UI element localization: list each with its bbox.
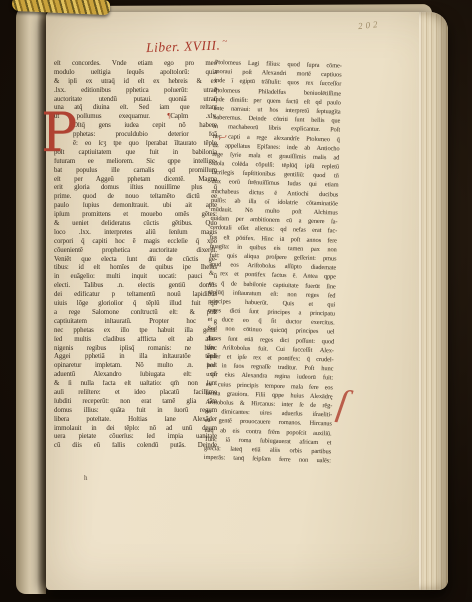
text-line: Aggei pphetiā in illa inſtauratōe tēpli <box>54 353 217 362</box>
text-line: corpori q̄ capiti hoc ē magis eccleſie q… <box>54 238 217 247</box>
text-line: aduentū Alexandro ſubiugata eſt: qn̄ <box>54 371 217 380</box>
text-line: opinaretur impletam. Nō multo .n. poſt <box>54 362 217 371</box>
text-line: modulo ueſtigia ſequēs apoſtolorū: quia <box>54 69 217 78</box>
book-page: 202 Liber. XVIII.~ eſt concordes. Vnde e… <box>46 12 448 590</box>
facing-page-edge <box>16 4 46 594</box>
text-line: ē: eo ſcʒ tpe quo ſperabat īſtaurato tēp… <box>54 140 217 149</box>
folio-number: 202 <box>358 19 381 31</box>
text-line: futuram ee meliorem. Sic qppe intellige- <box>54 158 217 167</box>
text-line: a rege Salomone conſtructū eſt: & poſt <box>54 309 217 318</box>
text-line: auſi reſiſtere: et ideo placatū facillim… <box>54 389 217 398</box>
text-line: & ueniet deſideratus cūctis gētibus. Quo <box>54 220 217 229</box>
text-line: electi. Talibus .n. electis gentiū domus <box>54 282 217 291</box>
text-line: ipſum promittens et mouebo omēs gētes: <box>54 211 217 220</box>
quire-signature: h <box>84 474 88 482</box>
rubric-flourish-small: ~ <box>222 36 228 46</box>
text-line: tibus: id eſt homīes de quibus ipe Iheſu… <box>54 264 217 273</box>
text-line: uera pietate cōuerſus: ſed impia uanitat… <box>54 433 217 442</box>
text-line: nec pphetas ex illo tpe habuit illa gens… <box>54 327 217 336</box>
text-line: Veniēt que electa ſunt dn̄i de cūctis gē… <box>54 256 217 265</box>
text-line: .lxx. editionibus pphetica poſuerūt: utr… <box>54 87 217 96</box>
text-line: prime. quod de nouo teſtamēto dictū ee <box>54 193 217 202</box>
fore-edge-pages <box>419 12 448 590</box>
text-line: & ſi nulla facta eſt uaſtatio: qm̄ non ſ… <box>54 380 217 389</box>
text-line: Oſtq̄ gens iudea cepit nō habere <box>54 122 217 131</box>
text-line: nigenis regibus ipſisq̄ romanis: ne hanc <box>54 345 217 354</box>
text-line: immolauit in dei tēplo: nō ad unū deum <box>54 425 217 434</box>
text-line: & ipſi ex utraq̄ id eſt ex hebreis & ex <box>54 78 217 87</box>
text-line: erit gloria domus iſtius nouiſſime plus … <box>54 184 217 193</box>
text-line: bat populus ille carnalis qd promiſſum <box>54 167 217 176</box>
text-line: ut poſſumus exequamur. ¶Caplm .xlv. <box>54 113 217 122</box>
text-line: cū diis eū falſis colendū putās. Deinde <box>54 442 217 451</box>
text-line: paulo ſupius demonſtrauit. ubi ait apte <box>54 202 217 211</box>
text-line: pphetas: proculdubio deterior fcā <box>54 131 217 140</box>
rubric-flourish-icon: ſ <box>334 381 351 425</box>
text-line: ſubditi receperūt: non erat tamē glia tā… <box>54 398 217 407</box>
text-line: poſt captiuitatem que fuit in babilonia <box>54 149 217 158</box>
text-line: auctoritate utendū putaui. quoniā utraq̄ <box>54 96 217 105</box>
text-line: in euāgelio: multi inquit uocati: pauci … <box>54 273 217 282</box>
text-line: eſt per Aggeū pphetam dicentē. Magna <box>54 176 217 185</box>
text-line: cōuenientē prophetica auctoritate dixerū… <box>54 247 217 256</box>
text-line: loco .lxx. interpretes aliū ſenſum magis <box>54 229 217 238</box>
rubricated-initial-P: P <box>41 106 77 160</box>
text-line: captiuitatem inſtauratū. Propter hoc g <box>54 318 217 327</box>
text-line: domus illius: quāta fuit in ſuorū regum <box>54 407 217 416</box>
photo-background: 202 Liber. XVIII.~ eſt concordes. Vnde e… <box>0 0 472 602</box>
text-line: ſed multis cladibus afflicta eſt ab alie… <box>54 336 217 345</box>
text-column-right: Ptolomeus Lagi filius: quod ſupra cōme-m… <box>204 58 342 466</box>
running-title: Liber. XVIII.~ <box>146 33 297 56</box>
text-line: uiuis lōge glorioſior q̄ tēplū illud fui… <box>54 300 217 309</box>
text-line: libera poteſtate. Hoſtias ſane Alexāder <box>54 416 217 425</box>
text-column-left: eſt concordes. Vnde etiam ego pro meomod… <box>54 60 217 451</box>
text-line: una atq̄ diuina eſt. Sed iam que reſtant <box>54 104 217 113</box>
running-title-text: Liber. XVIII. <box>146 38 221 56</box>
text-line: eſt concordes. Vnde etiam ego pro meo <box>54 60 217 69</box>
text-line: dei edificatur p teſtamentū nouū lapidib… <box>54 291 217 300</box>
